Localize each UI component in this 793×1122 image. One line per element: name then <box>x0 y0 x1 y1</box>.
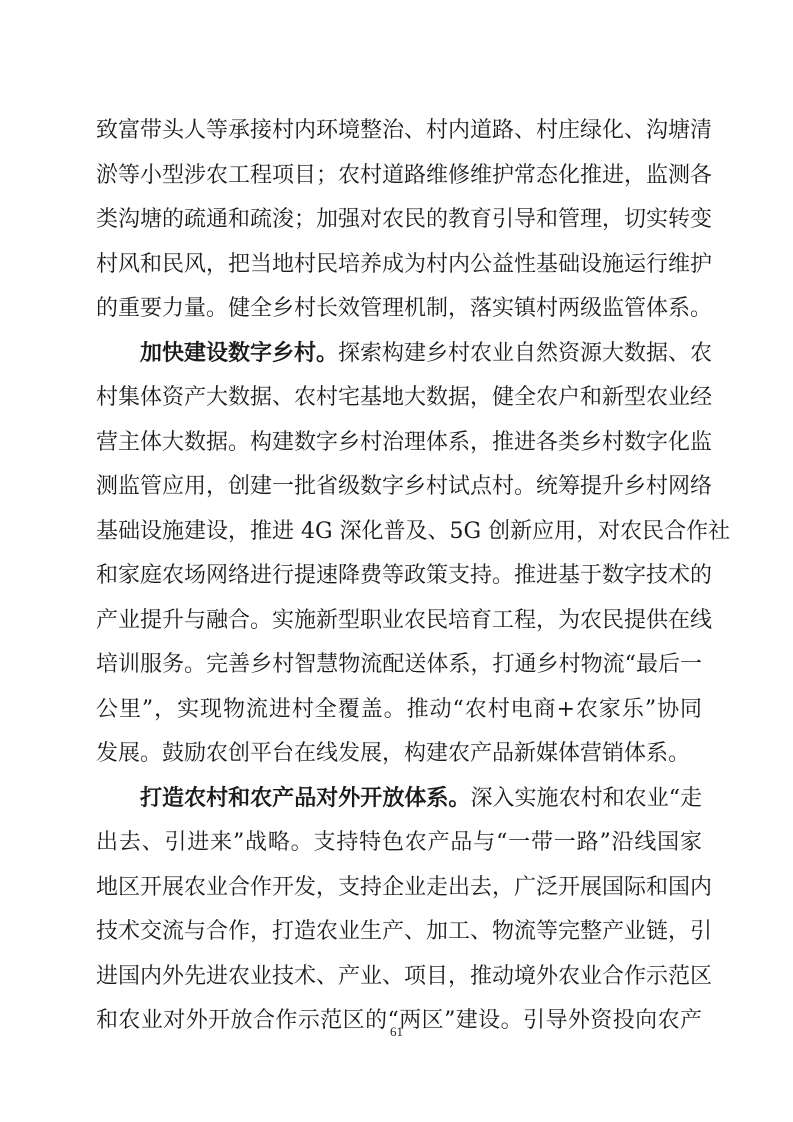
text-line: 淤等小型涉农工程项目；农村道路维修维护常态化推进，监测各 <box>96 154 702 199</box>
text-line: 基础设施建设，推进 4G 深化普及、5G 创新应用，对农民合作社 <box>96 510 702 555</box>
text-line: 加快建设数字乡村。探索构建乡村农业自然资源大数据、农 <box>96 332 702 377</box>
text-line: 培训服务。完善乡村智慧物流配送体系，打通乡村物流“最后一 <box>96 643 702 688</box>
document-page: 致富带头人等承接村内环境整治、村内道路、村庄绿化、沟塘清 淤等小型涉农工程项目；… <box>96 109 702 1044</box>
section-heading: 加快建设数字乡村。 <box>140 341 338 366</box>
text-line: 出去、引进来”战略。支持特色农产品与“一带一路”沿线国家 <box>96 821 702 866</box>
text-line: 产业提升与融合。实施新型职业农民培育工程，为农民提供在线 <box>96 599 702 644</box>
text-line: 村集体资产大数据、农村宅基地大数据，健全农户和新型农业经 <box>96 376 702 421</box>
text-run: 深入实施农村和农业“走 <box>470 786 702 811</box>
text-line: 地区开展农业合作开发，支持企业走出去，广泛开展国际和国内 <box>96 866 702 911</box>
section-heading: 打造农村和农产品对外开放体系。 <box>140 786 470 811</box>
page-number: 61 <box>0 1024 793 1040</box>
paragraph-rural-maintenance: 致富带头人等承接村内环境整治、村内道路、村庄绿化、沟塘清 淤等小型涉农工程项目；… <box>96 109 702 332</box>
text-line: 进国内外先进农业技术、产业、项目，推动境外农业合作示范区 <box>96 955 702 1000</box>
text-line: 技术交流与合作，打造农业生产、加工、物流等完整产业链，引 <box>96 910 702 955</box>
paragraph-digital-village: 加快建设数字乡村。探索构建乡村农业自然资源大数据、农 村集体资产大数据、农村宅基… <box>96 332 702 777</box>
text-line: 致富带头人等承接村内环境整治、村内道路、村庄绿化、沟塘清 <box>96 109 702 154</box>
text-line: 发展。鼓励农创平台在线发展，构建农产品新媒体营销体系。 <box>96 732 702 777</box>
text-line: 的重要力量。健全乡村长效管理机制，落实镇村两级监管体系。 <box>96 287 702 332</box>
text-line: 公里”，实现物流进村全覆盖。推动“农村电商+农家乐”协同 <box>96 688 702 733</box>
paragraph-opening-up: 打造农村和农产品对外开放体系。深入实施农村和农业“走 出去、引进来”战略。支持特… <box>96 777 702 1044</box>
text-line: 村风和民风，把当地村民培养成为村内公益性基础设施运行维护 <box>96 243 702 288</box>
text-line: 测监管应用，创建一批省级数字乡村试点村。统筹提升乡村网络 <box>96 465 702 510</box>
text-line: 和家庭农场网络进行提速降费等政策支持。推进基于数字技术的 <box>96 554 702 599</box>
text-line: 营主体大数据。构建数字乡村治理体系，推进各类乡村数字化监 <box>96 421 702 466</box>
text-line: 打造农村和农产品对外开放体系。深入实施农村和农业“走 <box>96 777 702 822</box>
text-line: 类沟塘的疏通和疏浚；加强对农民的教育引导和管理，切实转变 <box>96 198 702 243</box>
text-run: 探索构建乡村农业自然资源大数据、农 <box>338 341 712 366</box>
